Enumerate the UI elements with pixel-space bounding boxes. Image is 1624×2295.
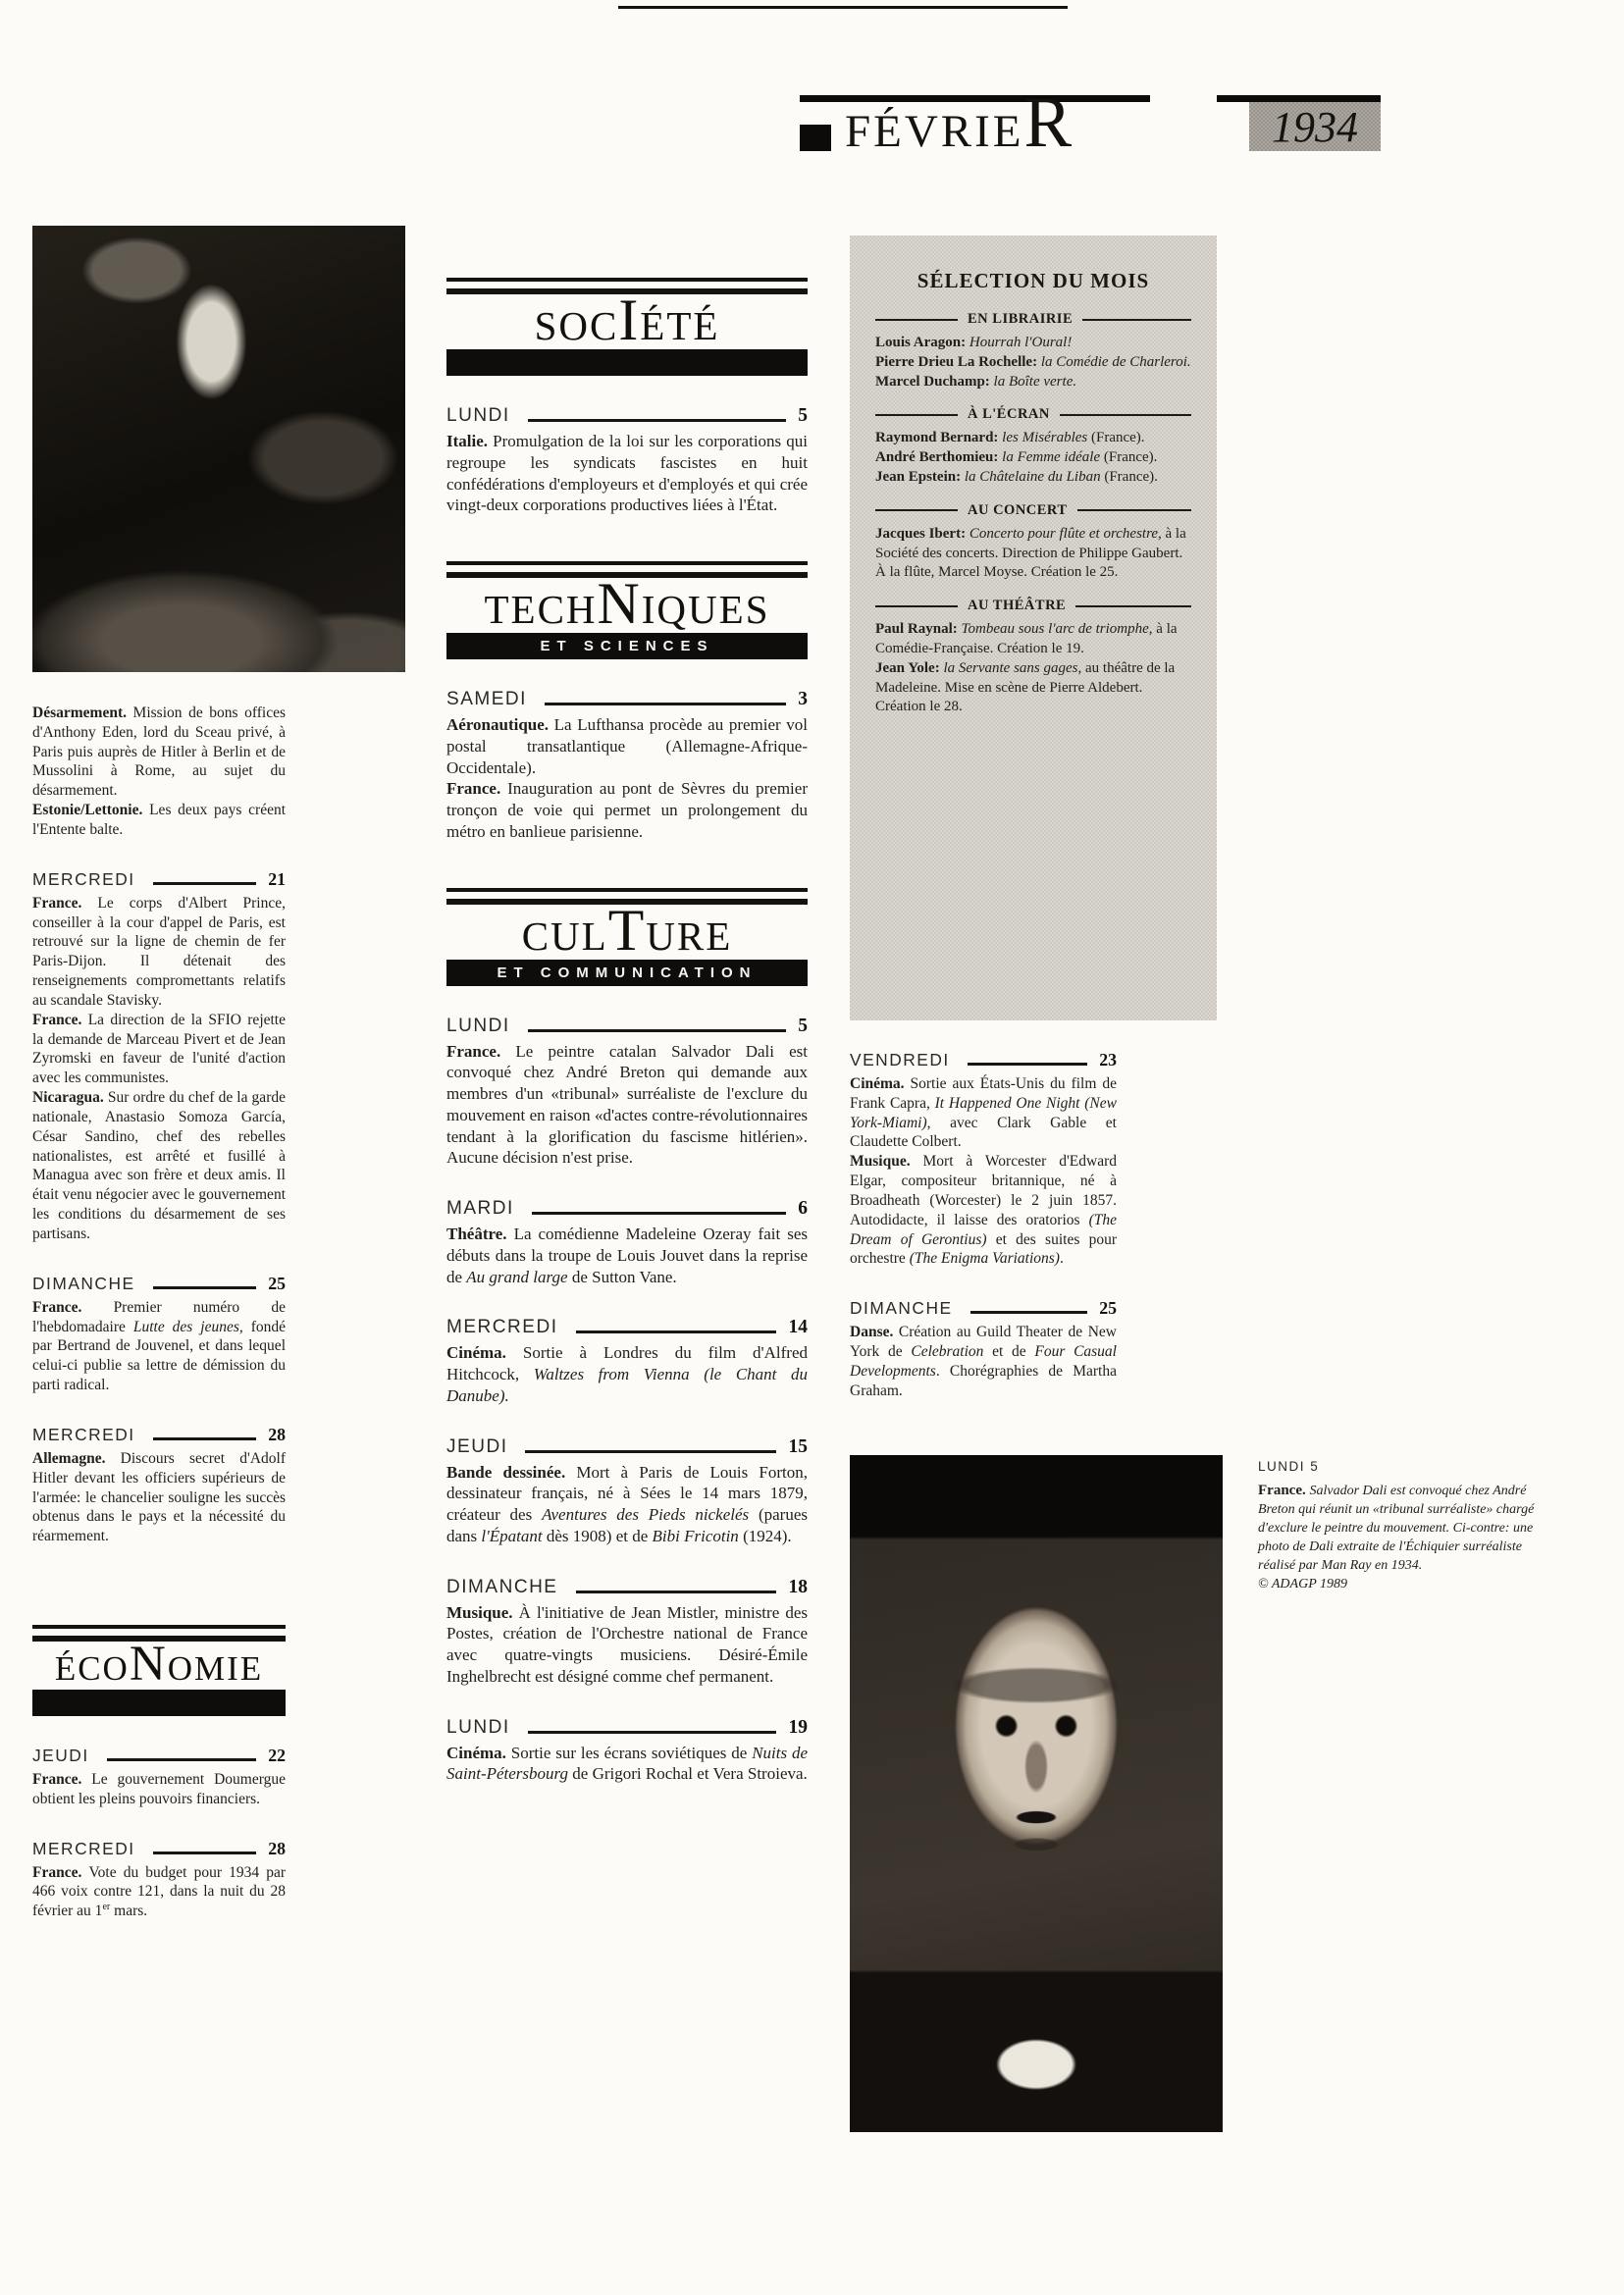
right-column: SÉLECTION DU MOIS EN LIBRAIRIE Louis Ara… (850, 235, 1117, 2132)
day-rule (153, 1286, 257, 1289)
selection-item: Pierre Drieu La Rochelle: la Comédie de … (875, 353, 1191, 373)
day-entry-header: SAMEDI 3 (446, 689, 808, 710)
selection-header-rule-right (1075, 605, 1191, 607)
section-title-post: IQUES (642, 587, 770, 632)
day-name: SAMEDI (446, 689, 527, 710)
section-rule-top (446, 888, 808, 892)
day-entry: MERCREDI 21 France. Le corps d'Albert Pr… (32, 869, 286, 1244)
section-header: TECHNIQUES ET SCIENCES (446, 561, 808, 659)
month-square-icon (800, 125, 831, 151)
entry-body: France. Le gouvernement Doumergue obtien… (32, 1770, 286, 1809)
selection-section-title: AU CONCERT (968, 502, 1068, 519)
day-entry-header: VENDREDI 23 (850, 1050, 1117, 1070)
day-entry-header: MERCREDI 28 (32, 1839, 286, 1859)
section-subtitle-bar: ET SCIENCES (446, 633, 808, 659)
entry-body: France. Vote du budget pour 1934 par 466… (32, 1863, 286, 1922)
day-name: LUNDI (446, 405, 510, 427)
selection-item: Marcel Duchamp: la Boîte verte. (875, 373, 1191, 392)
day-name: VENDREDI (850, 1050, 950, 1070)
selection-item: André Berthomieu: la Femme idéale (Franc… (875, 448, 1191, 468)
caption-paragraph: © ADAGP 1989 (1258, 1575, 1537, 1593)
day-entry: LUNDI 5 Italie. Promulgation de la loi s… (446, 405, 808, 516)
caption-paragraph: France. Salvador Dali est convoqué chez … (1258, 1481, 1537, 1576)
day-rule (576, 1330, 777, 1333)
entry-body: Allemagne. Discours secret d'Adolf Hitle… (32, 1449, 286, 1546)
selection-sections: EN LIBRAIRIE Louis Aragon: Hourrah l'Our… (875, 311, 1191, 717)
day-rule (525, 1450, 776, 1453)
section-title-pre: TECH (485, 587, 598, 632)
section-title-post: OMIE (168, 1649, 263, 1688)
entry-paragraph: Italie. Promulgation de la loi sur les c… (446, 431, 808, 516)
day-entry-header: MERCREDI 21 (32, 869, 286, 890)
section-title-post: URE (646, 913, 732, 959)
day-entry: LUNDI 19 Cinéma. Sortie sur les écrans s… (446, 1717, 808, 1786)
day-name: MERCREDI (32, 1425, 135, 1445)
selection-section: EN LIBRAIRIE Louis Aragon: Hourrah l'Our… (875, 311, 1191, 391)
day-rule (153, 882, 257, 885)
day-number: 5 (798, 1016, 808, 1037)
selection-header-rule-right (1077, 509, 1191, 511)
entry-paragraph: France. Le corps d'Albert Prince, consei… (32, 894, 286, 1011)
selection-header-rule-left (875, 319, 958, 321)
selection-section-title: À L'ÉCRAN (968, 406, 1050, 423)
section-title-big-letter: N (130, 1636, 168, 1692)
section-title-post: ÉTÉ (640, 303, 719, 348)
day-entry-header: LUNDI 19 (446, 1717, 808, 1739)
entry-body: Aéronautique. La Lufthansa procède au pr… (446, 714, 808, 843)
day-rule (545, 703, 786, 705)
day-rule (970, 1311, 1088, 1314)
entry-paragraph: Musique. Mort à Worcester d'Edward Elgar… (850, 1152, 1117, 1269)
section-rule-top (446, 561, 808, 565)
section-header: SOCIÉTÉ (446, 278, 808, 376)
left-column: Désarmement. Mission de bons offices d'A… (32, 226, 286, 1921)
month-title: FÉVRIER (845, 96, 1072, 155)
middle-column: SOCIÉTÉ LUNDI 5 Italie. Promulgation de … (446, 233, 808, 1785)
page-top-scan-line (618, 6, 1068, 9)
selection-section-header: AU THÉÂTRE (875, 598, 1191, 614)
selection-item: Louis Aragon: Hourrah l'Oural! (875, 334, 1191, 353)
entry-paragraph: France. Le gouvernement Doumergue obtien… (32, 1770, 286, 1809)
day-entry: MERCREDI 28 Allemagne. Discours secret d… (32, 1425, 286, 1546)
dali-photo-row: LUNDI 5 France. Salvador Dali est convoq… (850, 1455, 1537, 2132)
selection-section-header: À L'ÉCRAN (875, 406, 1191, 423)
day-number: 25 (268, 1274, 286, 1294)
entry-paragraph: Allemagne. Discours secret d'Adolf Hitle… (32, 1449, 286, 1546)
caption-body: France. Salvador Dali est convoqué chez … (1258, 1481, 1537, 1594)
day-entry-header: MARDI 6 (446, 1198, 808, 1220)
day-name: DIMANCHE (850, 1298, 953, 1319)
section-title-big-letter: I (618, 287, 640, 352)
entry-paragraph: Nicaragua. Sur ordre du chef de la garde… (32, 1088, 286, 1244)
day-name: MARDI (446, 1198, 514, 1220)
selection-header-rule-left (875, 509, 958, 511)
day-entry-header: JEUDI 22 (32, 1746, 286, 1766)
day-rule (528, 1731, 777, 1734)
section-subtitle-bar: ET COMMUNICATION (446, 960, 808, 986)
selection-item: Raymond Bernard: les Misérables (France)… (875, 429, 1191, 448)
selection-header-rule-left (875, 414, 958, 416)
entry-body: France. Le corps d'Albert Prince, consei… (32, 894, 286, 1244)
day-rule (153, 1852, 257, 1854)
day-number: 28 (268, 1839, 286, 1859)
day-entry-header: MERCREDI 28 (32, 1425, 286, 1445)
day-number: 21 (268, 869, 286, 890)
section-title-big-letter: T (608, 898, 647, 963)
selection-header-rule-right (1082, 319, 1191, 321)
selection-items: Paul Raynal: Tombeau sous l'arc de triom… (875, 620, 1191, 717)
entry-paragraph: Théâtre. La comédienne Madeleine Ozeray … (446, 1224, 808, 1287)
day-number: 23 (1099, 1050, 1117, 1070)
section-title-big-letter: N (598, 571, 642, 636)
selection-items: Louis Aragon: Hourrah l'Oural!Pierre Dri… (875, 334, 1191, 391)
day-number: 25 (1099, 1298, 1117, 1319)
section-title: ÉCONOMIE (32, 1642, 286, 1690)
selection-items: Raymond Bernard: les Misérables (France)… (875, 429, 1191, 487)
day-entry: VENDREDI 23 Cinéma. Sortie aux États-Uni… (850, 1050, 1117, 1269)
section-header: CULTURE ET COMMUNICATION (446, 888, 808, 986)
selection-header-rule-right (1060, 414, 1191, 416)
day-entry: DIMANCHE 25 France. Premier numéro de l'… (32, 1274, 286, 1395)
day-name: JEUDI (32, 1746, 89, 1766)
section-title: SOCIÉTÉ (446, 294, 808, 349)
selection-section-header: EN LIBRAIRIE (875, 311, 1191, 328)
section-header: ÉCONOMIE (32, 1625, 286, 1716)
day-number: 6 (798, 1198, 808, 1220)
entry-body: Théâtre. La comédienne Madeleine Ozeray … (446, 1224, 808, 1287)
selection-of-the-month-box: SÉLECTION DU MOIS EN LIBRAIRIE Louis Ara… (850, 235, 1217, 1020)
caption-day-label: LUNDI 5 (1258, 1459, 1537, 1474)
entry-body: Bande dessinée. Mort à Paris de Louis Fo… (446, 1462, 808, 1547)
funeral-photo (32, 226, 405, 672)
entry-body: France. Le peintre catalan Salvador Dali… (446, 1041, 808, 1170)
day-entry-header: DIMANCHE 25 (32, 1274, 286, 1294)
entry-paragraph: Cinéma. Sortie aux États-Unis du film de… (850, 1074, 1117, 1152)
month-title-big-letter: R (1024, 82, 1073, 162)
day-entry-header: DIMANCHE 25 (850, 1298, 1117, 1319)
section-rule-top (32, 1625, 286, 1629)
day-entry: Désarmement. Mission de bons offices d'A… (32, 704, 286, 840)
day-rule (528, 1029, 787, 1032)
entry-body: Musique. À l'initiative de Jean Mistler,… (446, 1602, 808, 1688)
month-title-text: FÉVRIE (845, 106, 1024, 157)
page: FÉVRIER 1934 Désarmement. Mission de bon… (0, 0, 1624, 2295)
day-number: 14 (788, 1317, 808, 1338)
entry-paragraph: Bande dessinée. Mort à Paris de Louis Fo… (446, 1462, 808, 1547)
day-rule (153, 1437, 257, 1440)
selection-title: SÉLECTION DU MOIS (875, 269, 1191, 293)
day-name: MERCREDI (32, 1839, 135, 1859)
day-name: LUNDI (446, 1016, 510, 1037)
entry-paragraph: Cinéma. Sortie à Londres du film d'Alfre… (446, 1342, 808, 1406)
selection-section-header: AU CONCERT (875, 502, 1191, 519)
entry-paragraph: Danse. Création au Guild Theater de New … (850, 1323, 1117, 1400)
day-rule (576, 1591, 777, 1593)
year-label: 1934 (1272, 102, 1358, 152)
entry-paragraph: France. Le peintre catalan Salvador Dali… (446, 1041, 808, 1170)
dali-caption: LUNDI 5 France. Salvador Dali est convoq… (1258, 1455, 1537, 2132)
day-rule (532, 1212, 786, 1215)
day-number: 5 (798, 405, 808, 427)
day-entry: JEUDI 22 France. Le gouvernement Doumerg… (32, 1746, 286, 1809)
day-number: 22 (268, 1746, 286, 1766)
entry-paragraph: Désarmement. Mission de bons offices d'A… (32, 704, 286, 801)
entry-paragraph: Estonie/Lettonie. Les deux pays créent l… (32, 801, 286, 840)
selection-section: AU THÉÂTRE Paul Raynal: Tombeau sous l'a… (875, 598, 1191, 717)
selection-section-title: EN LIBRAIRIE (968, 311, 1073, 328)
entry-paragraph: Musique. À l'initiative de Jean Mistler,… (446, 1602, 808, 1688)
entry-body: France. Premier numéro de l'hebdomadaire… (32, 1298, 286, 1395)
selection-item: Jacques Ibert: Concerto pour flûte et or… (875, 525, 1191, 583)
selection-section: AU CONCERT Jacques Ibert: Concerto pour … (875, 502, 1191, 583)
entry-paragraph: Cinéma. Sortie sur les écrans soviétique… (446, 1743, 808, 1786)
entry-paragraph: France. La direction de la SFIO rejette … (32, 1011, 286, 1088)
selection-item: Jean Epstein: la Châtelaine du Liban (Fr… (875, 468, 1191, 488)
entry-body: Cinéma. Sortie à Londres du film d'Alfre… (446, 1342, 808, 1406)
dali-photo (850, 1455, 1223, 2132)
day-entry-header: DIMANCHE 18 (446, 1577, 808, 1598)
selection-header-rule-left (875, 605, 958, 607)
day-name: JEUDI (446, 1436, 507, 1458)
day-number: 19 (788, 1717, 808, 1739)
day-number: 3 (798, 689, 808, 710)
section-title: CULTURE (446, 905, 808, 960)
day-name: LUNDI (446, 1717, 510, 1739)
section-subtitle: ET SCIENCES (540, 638, 713, 654)
day-name: MERCREDI (446, 1317, 558, 1338)
day-entry-header: JEUDI 15 (446, 1436, 808, 1458)
selection-section-title: AU THÉÂTRE (968, 598, 1066, 614)
day-number: 15 (788, 1436, 808, 1458)
day-entry: SAMEDI 3 Aéronautique. La Lufthansa proc… (446, 689, 808, 843)
day-entry-header: LUNDI 5 (446, 405, 808, 427)
day-entry: MERCREDI 14 Cinéma. Sortie à Londres du … (446, 1317, 808, 1406)
selection-section: À L'ÉCRAN Raymond Bernard: les Misérable… (875, 406, 1191, 487)
day-entry-header: LUNDI 5 (446, 1016, 808, 1037)
day-entry: LUNDI 5 France. Le peintre catalan Salva… (446, 1016, 808, 1170)
entry-paragraph: France. Inauguration au pont de Sèvres d… (446, 778, 808, 842)
day-name: DIMANCHE (32, 1274, 135, 1294)
day-rule (107, 1758, 257, 1761)
selection-item: Paul Raynal: Tombeau sous l'arc de triom… (875, 620, 1191, 659)
entry-body: Désarmement. Mission de bons offices d'A… (32, 704, 286, 840)
day-entry-header: MERCREDI 14 (446, 1317, 808, 1338)
entry-body: Cinéma. Sortie aux États-Unis du film de… (850, 1074, 1117, 1269)
selection-items: Jacques Ibert: Concerto pour flûte et or… (875, 525, 1191, 583)
section-title-pre: SOC (535, 303, 619, 348)
entry-body: Danse. Création au Guild Theater de New … (850, 1323, 1117, 1400)
day-name: DIMANCHE (446, 1577, 558, 1598)
day-entry: DIMANCHE 25 Danse. Création au Guild The… (850, 1298, 1117, 1400)
day-name: MERCREDI (32, 869, 135, 890)
day-number: 28 (268, 1425, 286, 1445)
year-box: 1934 (1249, 102, 1381, 151)
selection-item: Jean Yole: la Servante sans gages, au th… (875, 659, 1191, 717)
entry-paragraph: France. Premier numéro de l'hebdomadaire… (32, 1298, 286, 1395)
day-number: 18 (788, 1577, 808, 1598)
day-entry: DIMANCHE 18 Musique. À l'initiative de J… (446, 1577, 808, 1688)
entry-body: Cinéma. Sortie sur les écrans soviétique… (446, 1743, 808, 1786)
section-rule-top (446, 278, 808, 282)
day-rule (968, 1063, 1087, 1066)
section-title: TECHNIQUES (446, 578, 808, 633)
day-rule (528, 419, 787, 422)
section-subtitle-bar (32, 1690, 286, 1716)
day-entry: MERCREDI 28 France. Vote du budget pour … (32, 1839, 286, 1922)
entry-body: Italie. Promulgation de la loi sur les c… (446, 431, 808, 516)
section-subtitle: ET COMMUNICATION (497, 965, 757, 981)
section-subtitle-bar (446, 349, 808, 376)
entry-paragraph: Aéronautique. La Lufthansa procède au pr… (446, 714, 808, 778)
day-entry: JEUDI 15 Bande dessinée. Mort à Paris de… (446, 1436, 808, 1547)
section-title-pre: ÉCO (55, 1649, 130, 1688)
section-title-pre: CUL (522, 913, 608, 959)
month-title-line: FÉVRIER (800, 84, 1072, 155)
day-entry: MARDI 6 Théâtre. La comédienne Madeleine… (446, 1198, 808, 1287)
entry-paragraph: France. Vote du budget pour 1934 par 466… (32, 1863, 286, 1922)
